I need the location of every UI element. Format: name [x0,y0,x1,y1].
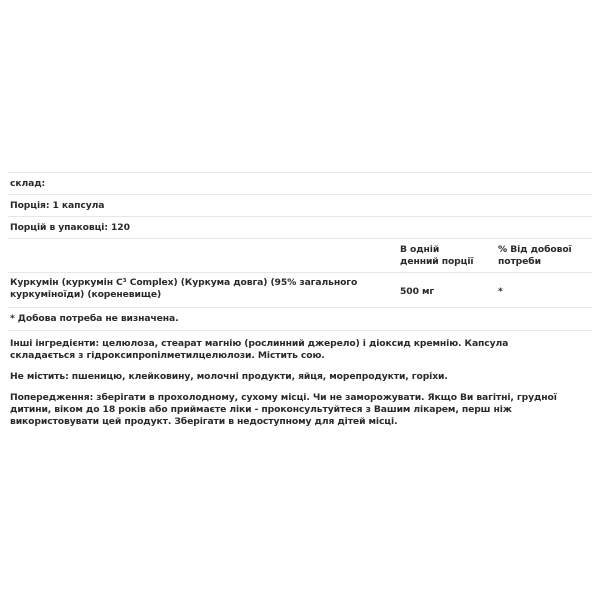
serving-size: Порція: 1 капсула [8,194,592,216]
footnote: * Добова потреба не визначена. [8,307,592,331]
amount-header: В одній денний порції [400,244,480,268]
table-header: В одній денний порції % Від добової потр… [8,238,592,272]
other-ingredients: Інші інгредієнти: целюлоза, стеарат магн… [8,338,570,362]
ingredient-name: Куркумін (куркумін C³ Complex) (Куркума … [10,277,370,301]
ingredient-amount: 500 мг [400,286,434,297]
warning-text: Попередження: зберігати в прохолодному, … [8,392,570,428]
supplement-facts-panel: склад: Порція: 1 капсула Порцій в упаков… [8,172,592,428]
daily-value-header: % Від добової потреби [498,244,578,268]
servings-per-container: Порцій в упаковці: 120 [8,216,592,238]
composition-title: склад: [8,172,592,194]
table-row: Куркумін (куркумін C³ Complex) (Куркума … [8,272,592,307]
does-not-contain: Не містить: пшеницю, клейковину, молочні… [8,371,570,383]
ingredient-daily-value: * [498,286,503,297]
